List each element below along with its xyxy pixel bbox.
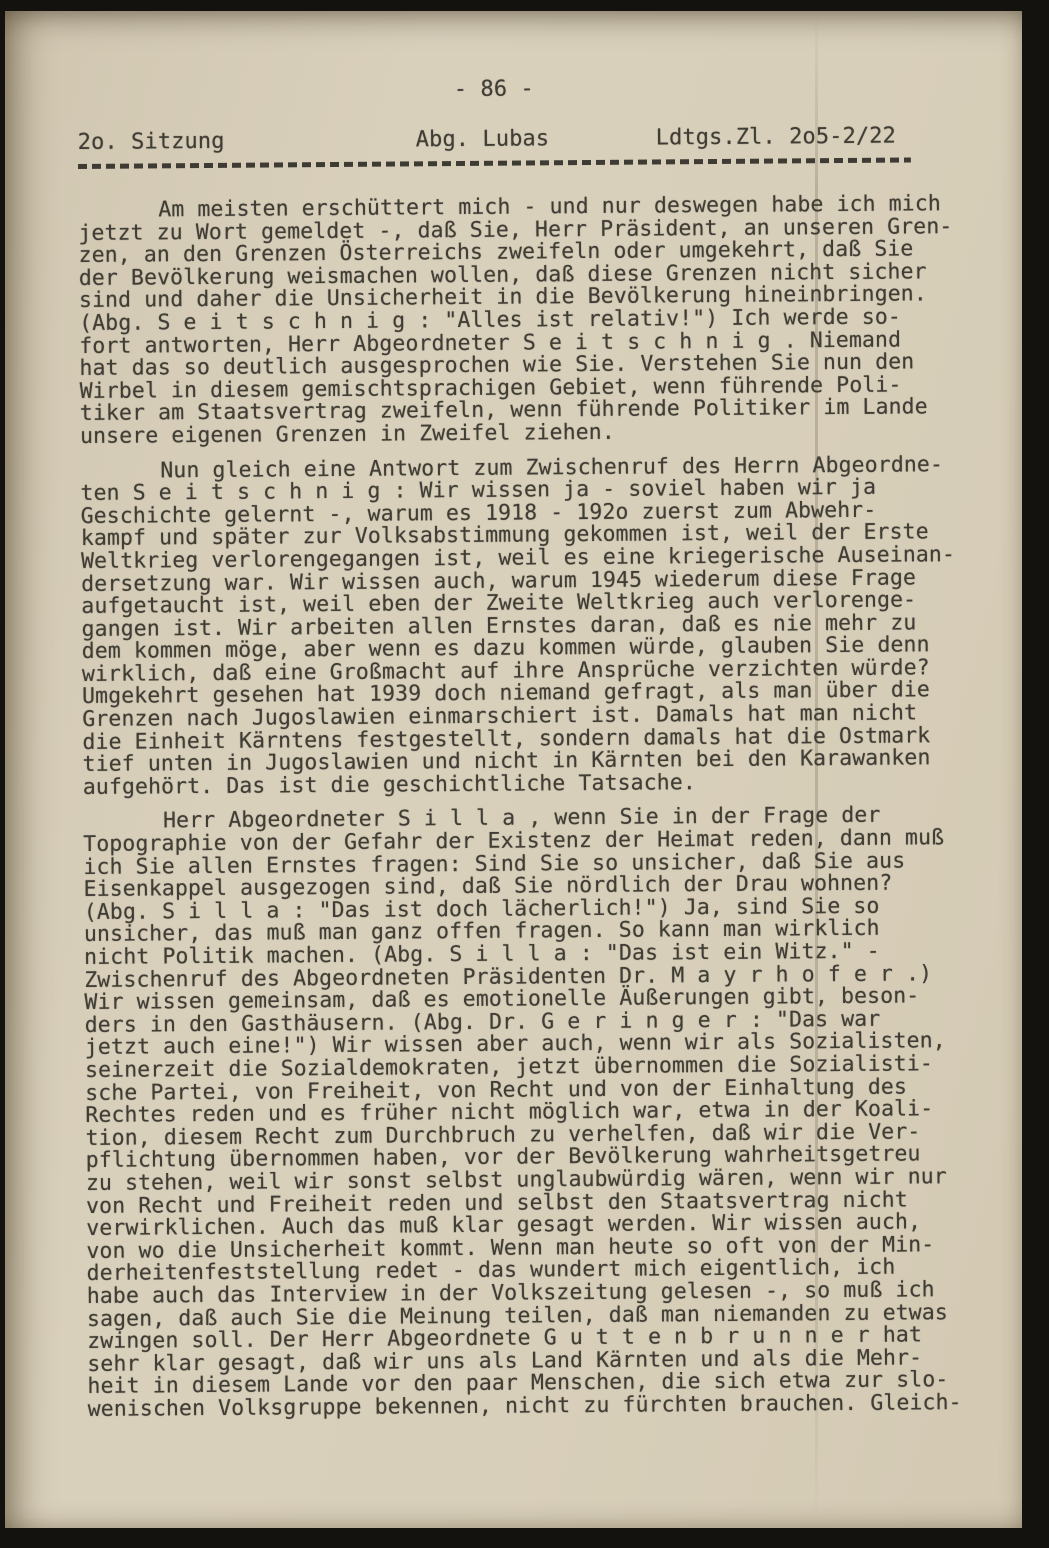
speaker-label: Abg. Lubas xyxy=(416,126,550,153)
dashed-separator xyxy=(78,157,911,169)
session-label: 2o. Sitzung xyxy=(78,129,225,156)
document-header: 2o. Sitzung Abg. Lubas Ldtgs.Zl. 2o5-2/2… xyxy=(78,123,986,156)
reference-number-label: Ldtgs.Zl. 2o5-2/22 xyxy=(656,124,896,152)
speech-paragraph-1: Am meisten erschüttert mich - und nur de… xyxy=(78,193,988,449)
speech-paragraph-3: Herr Abgeordneter S i l l a , wenn Sie i… xyxy=(83,804,996,1421)
typewritten-content: - 86 - 2o. Sitzung Abg. Lubas Ldtgs.Zl. … xyxy=(77,11,996,1433)
scanned-page: - 86 - 2o. Sitzung Abg. Lubas Ldtgs.Zl. … xyxy=(5,11,1022,1528)
page-number: - 86 - xyxy=(77,74,910,105)
speech-paragraph-2: Nun gleich eine Antwort zum Zwischenruf … xyxy=(80,453,991,799)
speech-text: Am meisten erschüttert mich - und nur de… xyxy=(78,193,996,1422)
scan-background: { "document": { "page_number": "- 86 -",… xyxy=(0,0,1049,1548)
